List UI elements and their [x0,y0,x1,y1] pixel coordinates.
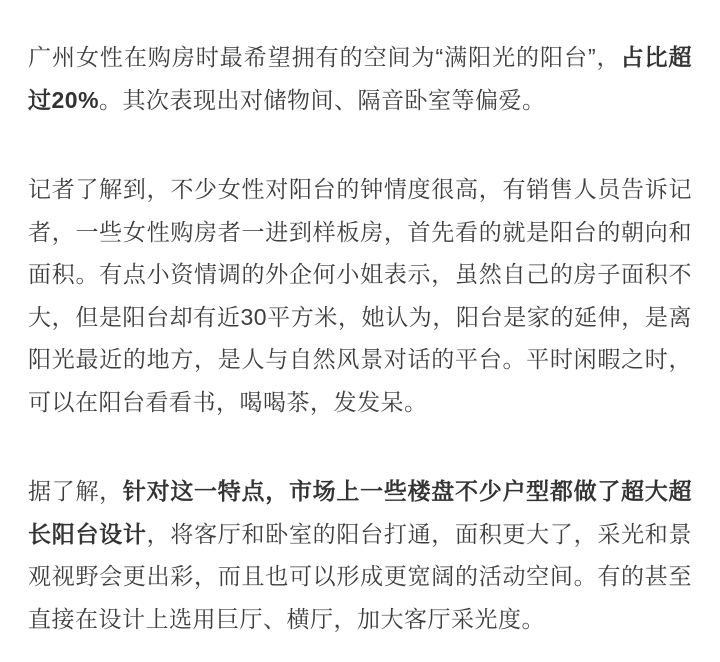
text-run: 记者了解到，不少女性对阳台的钟情度很高，有销售人员告诉记者，一些女性购房者一进到… [28,176,692,415]
text-run: 。其次表现出对储物间、隔音卧室等偏爱。 [99,87,546,113]
text-run: 据了解， [28,478,123,504]
article-body: 广州女性在购房时最希望拥有的空间为“满阳光的阳台”，占比超过20%。其次表现出对… [0,0,720,656]
paragraph: 记者了解到，不少女性对阳台的钟情度很高，有销售人员告诉记者，一些女性购房者一进到… [28,168,692,423]
paragraph: 据了解，针对这一特点，市场上一些楼盘不少户型都做了超大超长阳台设计，将客厅和卧室… [28,470,692,640]
paragraph: 广州女性在购房时最希望拥有的空间为“满阳光的阳台”，占比超过20%。其次表现出对… [28,36,692,121]
text-run: 广州女性在购房时最希望拥有的空间为“满阳光的阳台”， [28,44,621,70]
